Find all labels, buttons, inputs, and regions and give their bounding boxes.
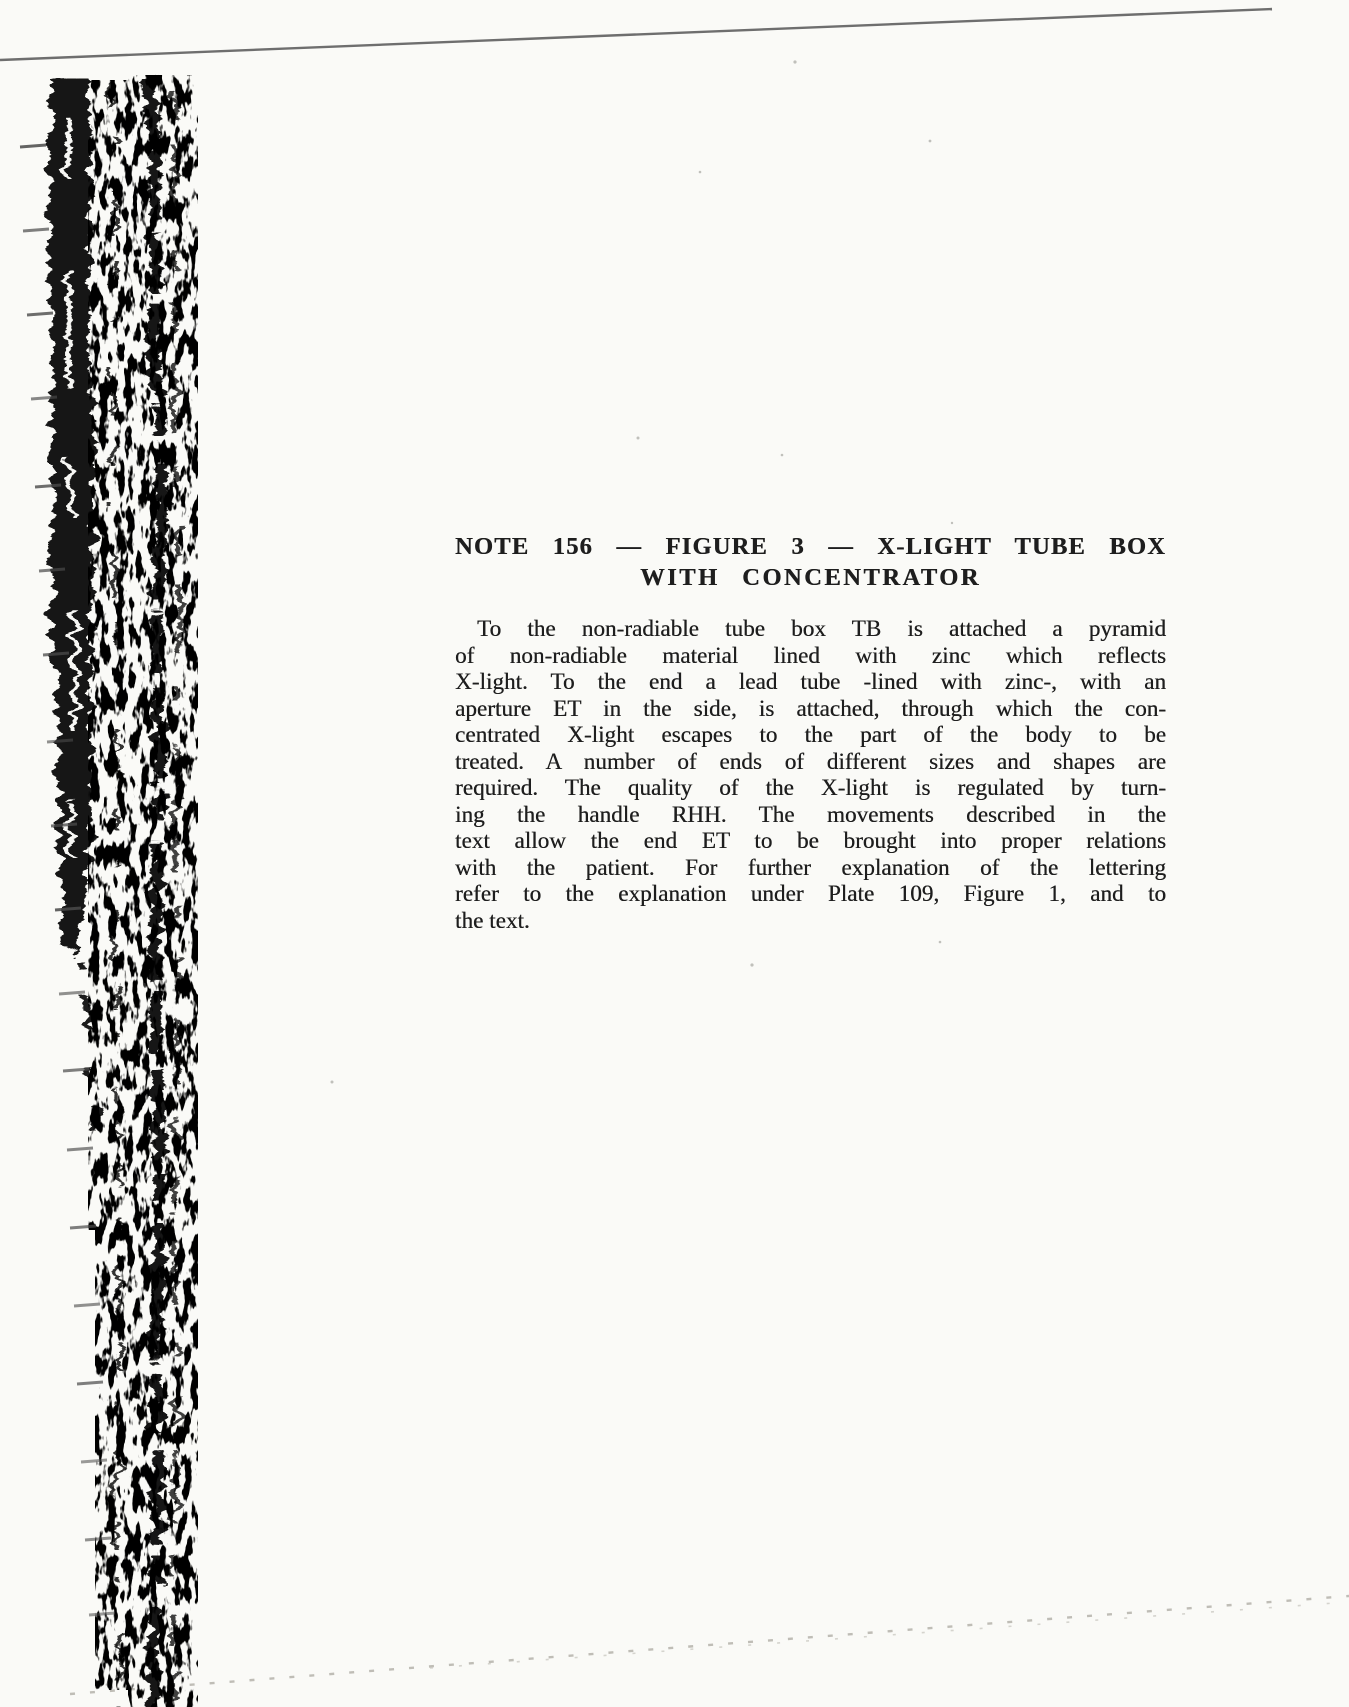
note-paragraph: To the non-radiable tube box TB is attac… (455, 616, 1166, 934)
page-edge-line-top (0, 9, 1272, 60)
gutter-speckles (88, 75, 198, 1707)
text-line: refer to the explanation under Plate 109… (455, 881, 1166, 908)
text-line: ing the handle RHH. The movements descri… (455, 802, 1166, 829)
note-heading-line-1: NOTE 156 — FIGURE 3 — X-LIGHT TUBE BOX (455, 531, 1166, 562)
text-line: treated. A number of ends of different s… (455, 749, 1166, 776)
text-line: required. The quality of the X-light is … (455, 775, 1166, 802)
text-line: X-light. To the end a lead tube -lined w… (455, 669, 1166, 696)
text-line: centrated X-light escapes to the part of… (455, 722, 1166, 749)
gutter-band (49, 78, 180, 1707)
page-edge-line-bottom (70, 1596, 1349, 1694)
margin-tick-marks (20, 145, 115, 1615)
note-heading: NOTE 156 — FIGURE 3 — X-LIGHT TUBE BOX W… (455, 531, 1166, 593)
text-line: To the non-radiable tube box TB is attac… (455, 616, 1166, 643)
text-line: text allow the end ET to be brought into… (455, 828, 1166, 855)
page-text-column: NOTE 156 — FIGURE 3 — X-LIGHT TUBE BOX W… (455, 531, 1166, 934)
text-line: with the patient. For further explanatio… (455, 855, 1166, 882)
note-heading-line-2: WITH CONCENTRATOR (455, 562, 1166, 593)
text-line: of non-radiable material lined with zinc… (455, 643, 1166, 670)
text-line: the text. (455, 908, 1166, 935)
text-line: aperture ET in the side, is attached, th… (455, 696, 1166, 723)
